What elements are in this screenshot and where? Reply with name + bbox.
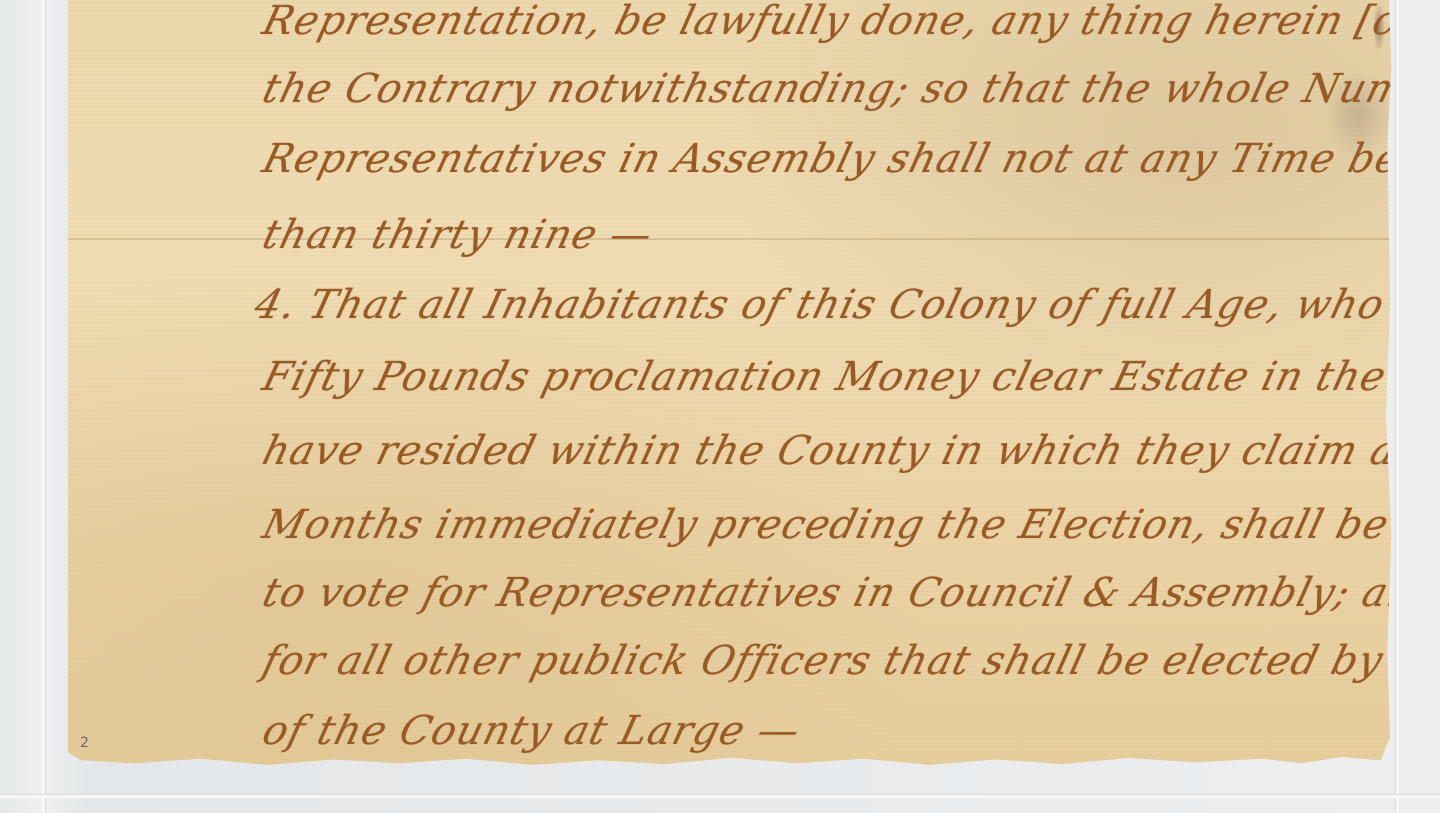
manuscript-line-3: Representatives in Assembly shall not at…	[258, 136, 1440, 182]
manuscript-line-11: of the County at Large —	[258, 708, 805, 754]
manuscript-line-7: have resided within the County in which …	[258, 428, 1440, 474]
mount-background: Representation, be lawfully done, any th…	[0, 0, 1440, 813]
manuscript-line-6: Fifty Pounds proclamation Money clear Es…	[258, 354, 1440, 400]
manuscript-line-8: Months immediately preceding the Electio…	[258, 502, 1440, 548]
manuscript-line-4: than thirty nine —	[258, 212, 657, 258]
mount-edge-bottom	[0, 795, 1440, 798]
manuscript-line-1: Representation, be lawfully done, any th…	[258, 0, 1440, 44]
manuscript-line-5: 4. That all Inhabitants of this Colony o…	[250, 282, 1440, 328]
mount-edge-right	[1396, 0, 1399, 813]
mount-edge-left	[42, 0, 45, 813]
manuscript-line-2: the Contrary notwithstanding; so that th…	[258, 66, 1440, 112]
manuscript-line-10: for all other publick Officers that shal…	[258, 638, 1440, 684]
manuscript-page: Representation, be lawfully done, any th…	[68, 0, 1394, 768]
margin-pencil-mark: 2	[80, 735, 89, 751]
manuscript-line-9: to vote for Representatives in Council &…	[258, 570, 1440, 616]
